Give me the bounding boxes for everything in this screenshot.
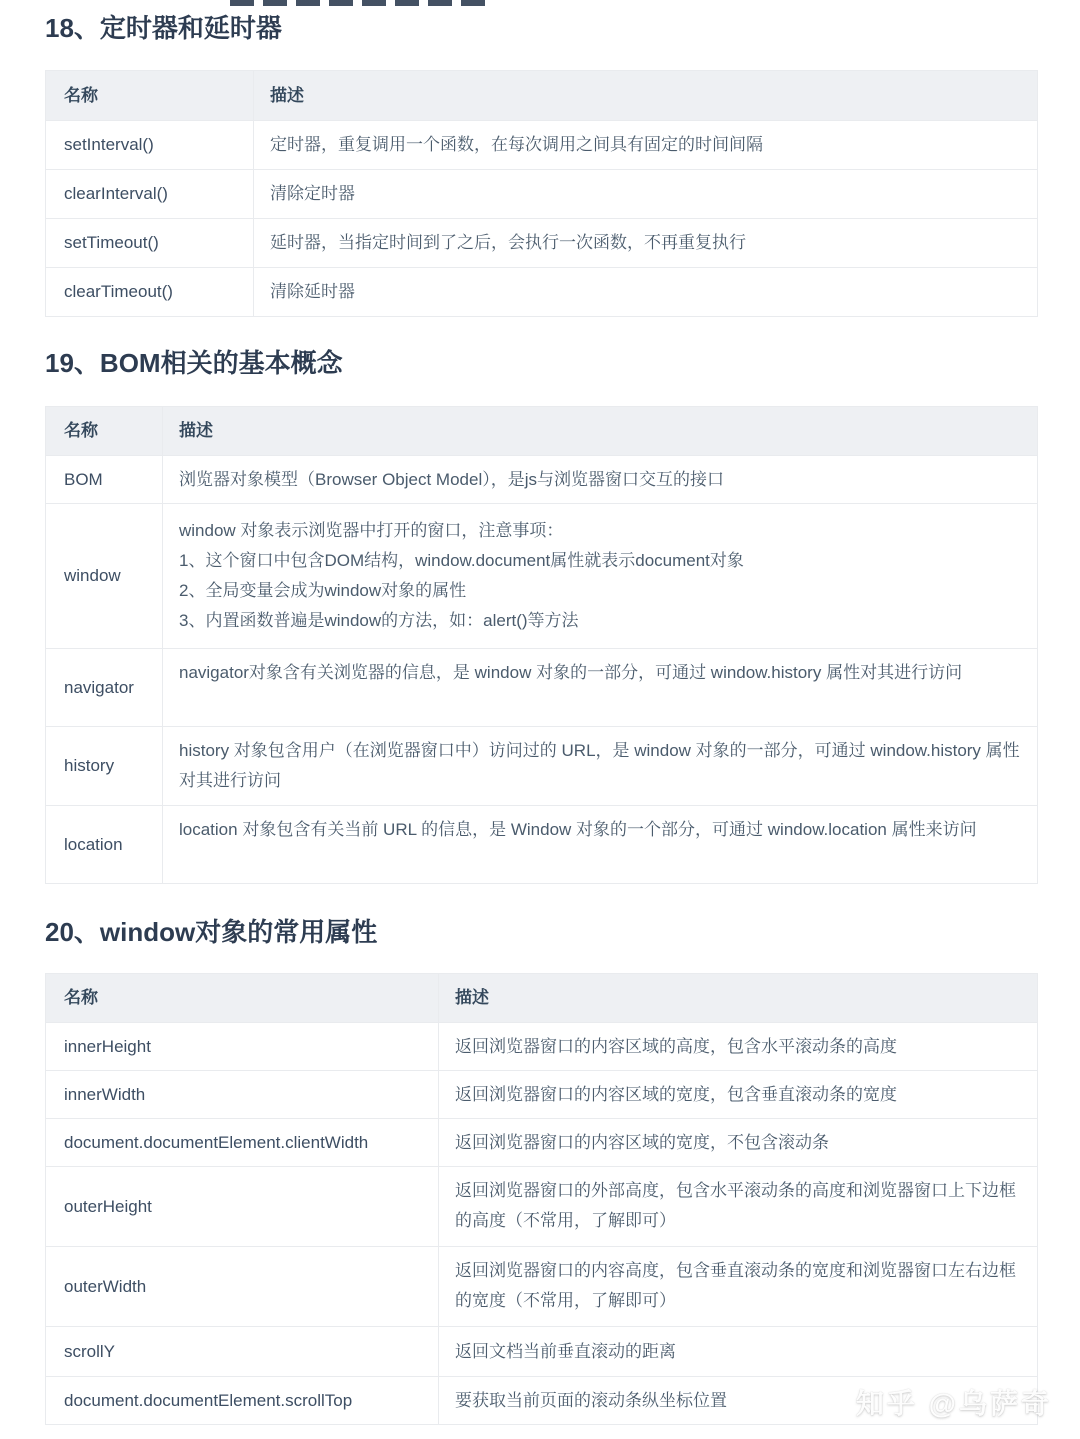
name-cell: history [46,727,163,805]
name-cell: window [46,504,163,648]
table-header-row: 名称 描述 [46,974,1037,1022]
desc-cell: 返回浏览器窗口的外部高度，包含水平滚动条的高度和浏览器窗口上下边框的高度（不常用… [439,1167,1037,1246]
table-row: clearTimeout() 清除延时器 [46,267,1037,316]
table-header-row: 名称 描述 [46,407,1037,455]
desc-cell: history 对象包含用户（在浏览器窗口中）访问过的 URL，是 window… [163,727,1037,805]
desc-column-header: 描述 [439,974,1037,1022]
section-title-19: 19、BOM相关的基本概念 [45,345,1038,381]
desc-cell: 返回浏览器窗口的内容区域的宽度，不包含滚动条 [439,1119,1037,1166]
table-row: history history 对象包含用户（在浏览器窗口中）访问过的 URL，… [46,726,1037,805]
name-cell: scrollY [46,1327,439,1376]
table-row: location location 对象包含有关当前 URL 的信息，是 Win… [46,805,1037,883]
desc-cell: 清除定时器 [254,170,1037,218]
table-row: innerHeight 返回浏览器窗口的内容区域的高度，包含水平滚动条的高度 [46,1022,1037,1070]
name-column-header: 名称 [46,407,163,455]
table-row: document.documentElement.scrollTop 要获取当前… [46,1376,1037,1424]
table-row: outerWidth 返回浏览器窗口的内容高度，包含垂直滚动条的宽度和浏览器窗口… [46,1246,1037,1326]
desc-cell: window 对象表示浏览器中打开的窗口，注意事项： 1、这个窗口中包含DOM结… [163,504,1037,648]
window-properties-table: 名称 描述 innerHeight 返回浏览器窗口的内容区域的高度，包含水平滚动… [45,973,1038,1425]
name-cell: innerWidth [46,1071,439,1118]
name-column-header: 名称 [46,974,439,1022]
desc-cell: navigator对象含有关浏览器的信息，是 window 对象的一部分，可通过… [163,649,1037,726]
desc-column-header: 描述 [163,407,1037,455]
desc-cell: 浏览器对象模型（Browser Object Model），是js与浏览器窗口交… [163,456,1037,503]
desc-cell: 返回浏览器窗口的内容区域的高度，包含水平滚动条的高度 [439,1023,1037,1070]
desc-cell: 清除延时器 [254,268,1037,316]
name-cell: BOM [46,456,163,503]
desc-line: 3、内置函数普遍是window的方法，如：alert()等方法 [179,606,1023,636]
name-cell: navigator [46,649,163,726]
table-row: BOM 浏览器对象模型（Browser Object Model），是js与浏览… [46,455,1037,503]
desc-cell: 返回浏览器窗口的内容高度，包含垂直滚动条的宽度和浏览器窗口左右边框的宽度（不常用… [439,1247,1037,1326]
desc-line: 2、全局变量会成为window对象的属性 [179,576,1023,606]
timers-table: 名称 描述 setInterval() 定时器，重复调用一个函数，在每次调用之间… [45,70,1038,317]
desc-cell: 返回文档当前垂直滚动的距离 [439,1327,1037,1376]
table-row: clearInterval() 清除定时器 [46,169,1037,218]
name-cell: location [46,806,163,883]
name-cell: clearTimeout() [46,268,254,316]
name-column-header: 名称 [46,71,254,120]
table-row: window window 对象表示浏览器中打开的窗口，注意事项： 1、这个窗口… [46,503,1037,648]
desc-cell: location 对象包含有关当前 URL 的信息，是 Window 对象的一个… [163,806,1037,883]
article-body: 18、定时器和延时器 名称 描述 setInterval() 定时器，重复调用一… [0,10,1080,1425]
table-row: document.documentElement.clientWidth 返回浏… [46,1118,1037,1166]
section-title-20: 20、window对象的常用属性 [45,914,1038,950]
desc-cell: 返回浏览器窗口的内容区域的宽度，包含垂直滚动条的宽度 [439,1071,1037,1118]
desc-column-header: 描述 [254,71,1037,120]
table-row: setTimeout() 延时器，当指定时间到了之后，会执行一次函数，不再重复执… [46,218,1037,267]
name-cell: document.documentElement.clientWidth [46,1119,439,1166]
name-cell: setInterval() [46,121,254,169]
table-row: outerHeight 返回浏览器窗口的外部高度，包含水平滚动条的高度和浏览器窗… [46,1166,1037,1246]
desc-cell: 延时器，当指定时间到了之后，会执行一次函数，不再重复执行 [254,219,1037,267]
name-cell: outerHeight [46,1167,439,1246]
name-cell: innerHeight [46,1023,439,1070]
desc-line: 1、这个窗口中包含DOM结构，window.document属性就表示docum… [179,546,1023,576]
desc-cell: 要获取当前页面的滚动条纵坐标位置 [439,1377,1037,1424]
name-cell: outerWidth [46,1247,439,1326]
desc-line: window 对象表示浏览器中打开的窗口，注意事项： [179,516,1023,546]
table-row: navigator navigator对象含有关浏览器的信息，是 window … [46,648,1037,726]
name-cell: clearInterval() [46,170,254,218]
name-cell: setTimeout() [46,219,254,267]
bom-concepts-table: 名称 描述 BOM 浏览器对象模型（Browser Object Model），… [45,406,1038,884]
desc-cell: 定时器，重复调用一个函数，在每次调用之间具有固定的时间间隔 [254,121,1037,169]
section-title-18: 18、定时器和延时器 [45,10,1038,46]
clipped-text-fragment [230,0,488,6]
table-row: setInterval() 定时器，重复调用一个函数，在每次调用之间具有固定的时… [46,120,1037,169]
table-header-row: 名称 描述 [46,71,1037,120]
name-cell: document.documentElement.scrollTop [46,1377,439,1424]
table-row: innerWidth 返回浏览器窗口的内容区域的宽度，包含垂直滚动条的宽度 [46,1070,1037,1118]
table-row: scrollY 返回文档当前垂直滚动的距离 [46,1326,1037,1376]
